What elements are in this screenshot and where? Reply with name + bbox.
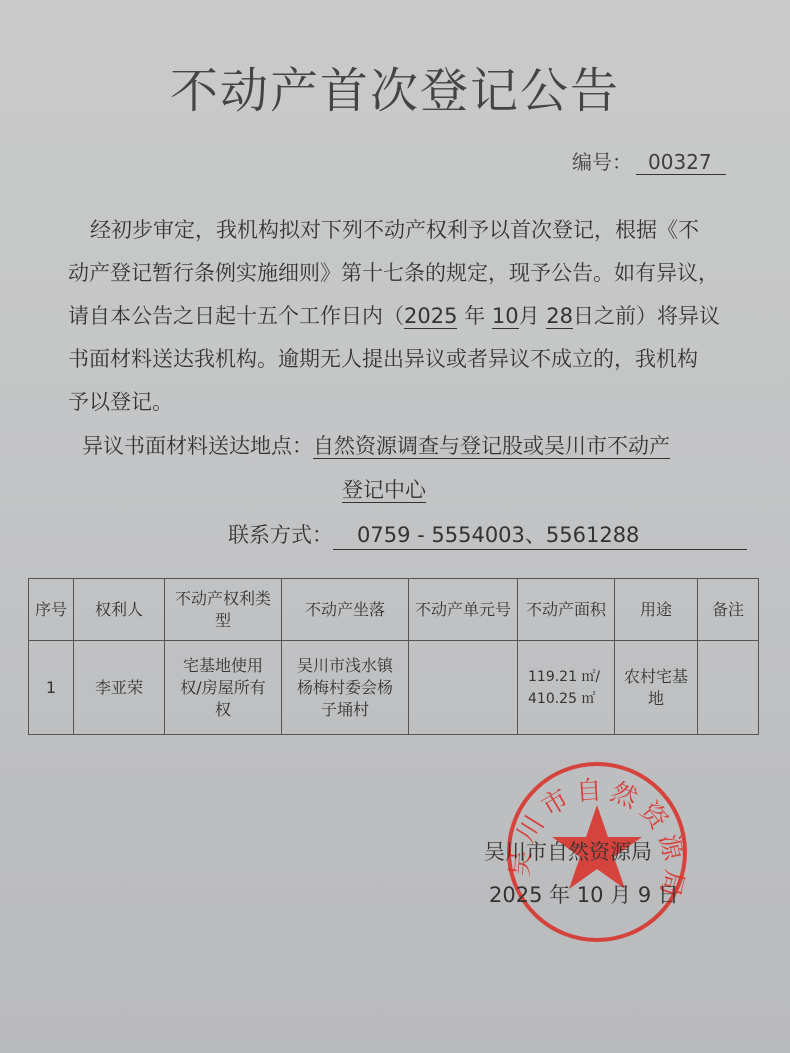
body-line-3: 请自本公告之日起十五个工作日内（2025 年 10月 28日之前）将异议 bbox=[68, 295, 720, 338]
registration-table: 序号 权利人 不动产权利类型 不动产坐落 不动产单元号 不动产面积 用途 备注 … bbox=[28, 578, 759, 735]
cell-remark bbox=[698, 641, 759, 735]
page-title: 不动产首次登记公告 bbox=[0, 52, 790, 121]
body-line-4: 书面材料送达我机构。逾期无人提出异议或者异议不成立的，我机构 bbox=[68, 338, 698, 381]
contact-value: 0759 - 5554003、5561288 bbox=[333, 519, 747, 550]
objection-address-label: 异议书面材料送达地点： bbox=[82, 434, 313, 458]
objection-address-line2: 登记中心 bbox=[342, 478, 426, 503]
objection-address-line1: 自然资源调查与登记股或吴川市不动产 bbox=[313, 434, 670, 459]
header-area: 不动产面积 bbox=[518, 579, 615, 641]
serial-number: 编号：00327 bbox=[572, 146, 726, 175]
header-index: 序号 bbox=[29, 579, 74, 641]
header-unit-number: 不动产单元号 bbox=[409, 579, 518, 641]
objection-address-continued: 登记中心 bbox=[342, 474, 426, 504]
table-header-row: 序号 权利人 不动产权利类型 不动产坐落 不动产单元号 不动产面积 用途 备注 bbox=[29, 579, 759, 641]
cell-index: 1 bbox=[29, 641, 74, 735]
header-right-type: 不动产权利类型 bbox=[165, 579, 282, 641]
contact-label: 联系方式： bbox=[228, 523, 333, 547]
header-remark: 备注 bbox=[698, 579, 759, 641]
table-row: 1 李亚荣 宅基地使用权/房屋所有权 吴川市浅水镇杨梅村委会杨子埇村 119.2… bbox=[29, 641, 759, 735]
deadline-day: 28 bbox=[546, 304, 573, 329]
cell-usage: 农村宅基地 bbox=[615, 641, 698, 735]
cell-unit-number bbox=[409, 641, 518, 735]
body-line-5: 予以登记。 bbox=[68, 381, 173, 424]
body-line-1: 经初步审定，我机构拟对下列不动产权利予以首次登记，根据《不 bbox=[90, 209, 699, 252]
issuer-name: 吴川市自然资源局 bbox=[484, 836, 652, 866]
cell-right-type: 宅基地使用权/房屋所有权 bbox=[165, 641, 282, 735]
cell-area: 119.21 ㎡/ 410.25 ㎡ bbox=[518, 641, 615, 735]
announcement-body: 经初步审定，我机构拟对下列不动产权利予以首次登记，根据《不 动产登记暂行条例实施… bbox=[68, 209, 728, 429]
contact-info: 联系方式：0759 - 5554003、5561288 bbox=[228, 519, 747, 550]
objection-address: 异议书面材料送达地点：自然资源调查与登记股或吴川市不动产 bbox=[82, 430, 670, 460]
deadline-year: 2025 bbox=[404, 304, 457, 329]
header-location: 不动产坐落 bbox=[282, 579, 409, 641]
body-line-2: 动产登记暂行条例实施细则》第十七条的规定，现予公告。如有异议， bbox=[68, 252, 719, 295]
deadline-month: 10 bbox=[492, 304, 519, 329]
header-usage: 用途 bbox=[615, 579, 698, 641]
serial-label: 编号： bbox=[572, 150, 632, 174]
cell-holder: 李亚荣 bbox=[74, 641, 165, 735]
cell-location: 吴川市浅水镇杨梅村委会杨子埇村 bbox=[282, 641, 409, 735]
header-holder: 权利人 bbox=[74, 579, 165, 641]
serial-value: 00327 bbox=[636, 150, 726, 175]
issue-date: 2025 年 10 月 9 日 bbox=[489, 879, 679, 909]
